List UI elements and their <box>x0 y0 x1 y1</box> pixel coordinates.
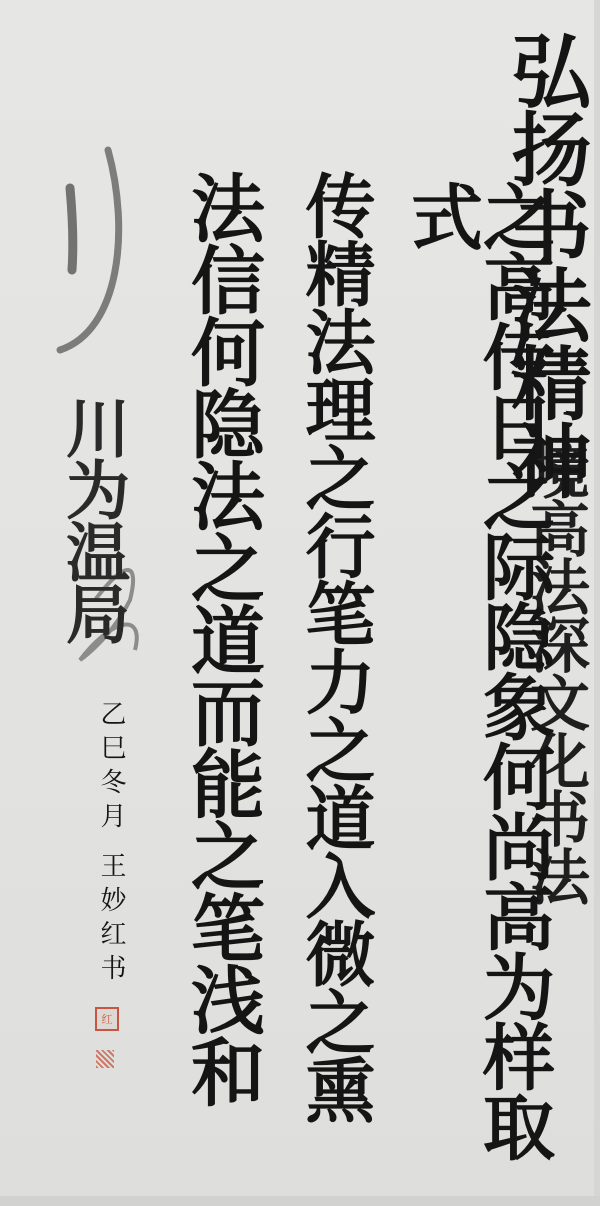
seal-text: 红 <box>102 1011 113 1027</box>
calligraphy-scroll: 弘扬书法精神 境高法深文化书法 之高传日之际隐象何尚高为样取式 传精法理之行笔力… <box>0 0 594 1196</box>
column-text: 川为温局 <box>60 395 124 643</box>
scroll-right-edge <box>594 0 600 1206</box>
seal-square-relief: 红 <box>95 1007 119 1031</box>
scroll-bottom-edge <box>0 1196 600 1206</box>
inscription: 乙巳冬月 王妙红书 <box>98 700 124 988</box>
text-column-6: 川为温局 <box>60 395 124 643</box>
seal-square-intaglio <box>96 1050 114 1068</box>
inscription-text: 乙巳冬月 王妙红书 <box>98 700 124 988</box>
